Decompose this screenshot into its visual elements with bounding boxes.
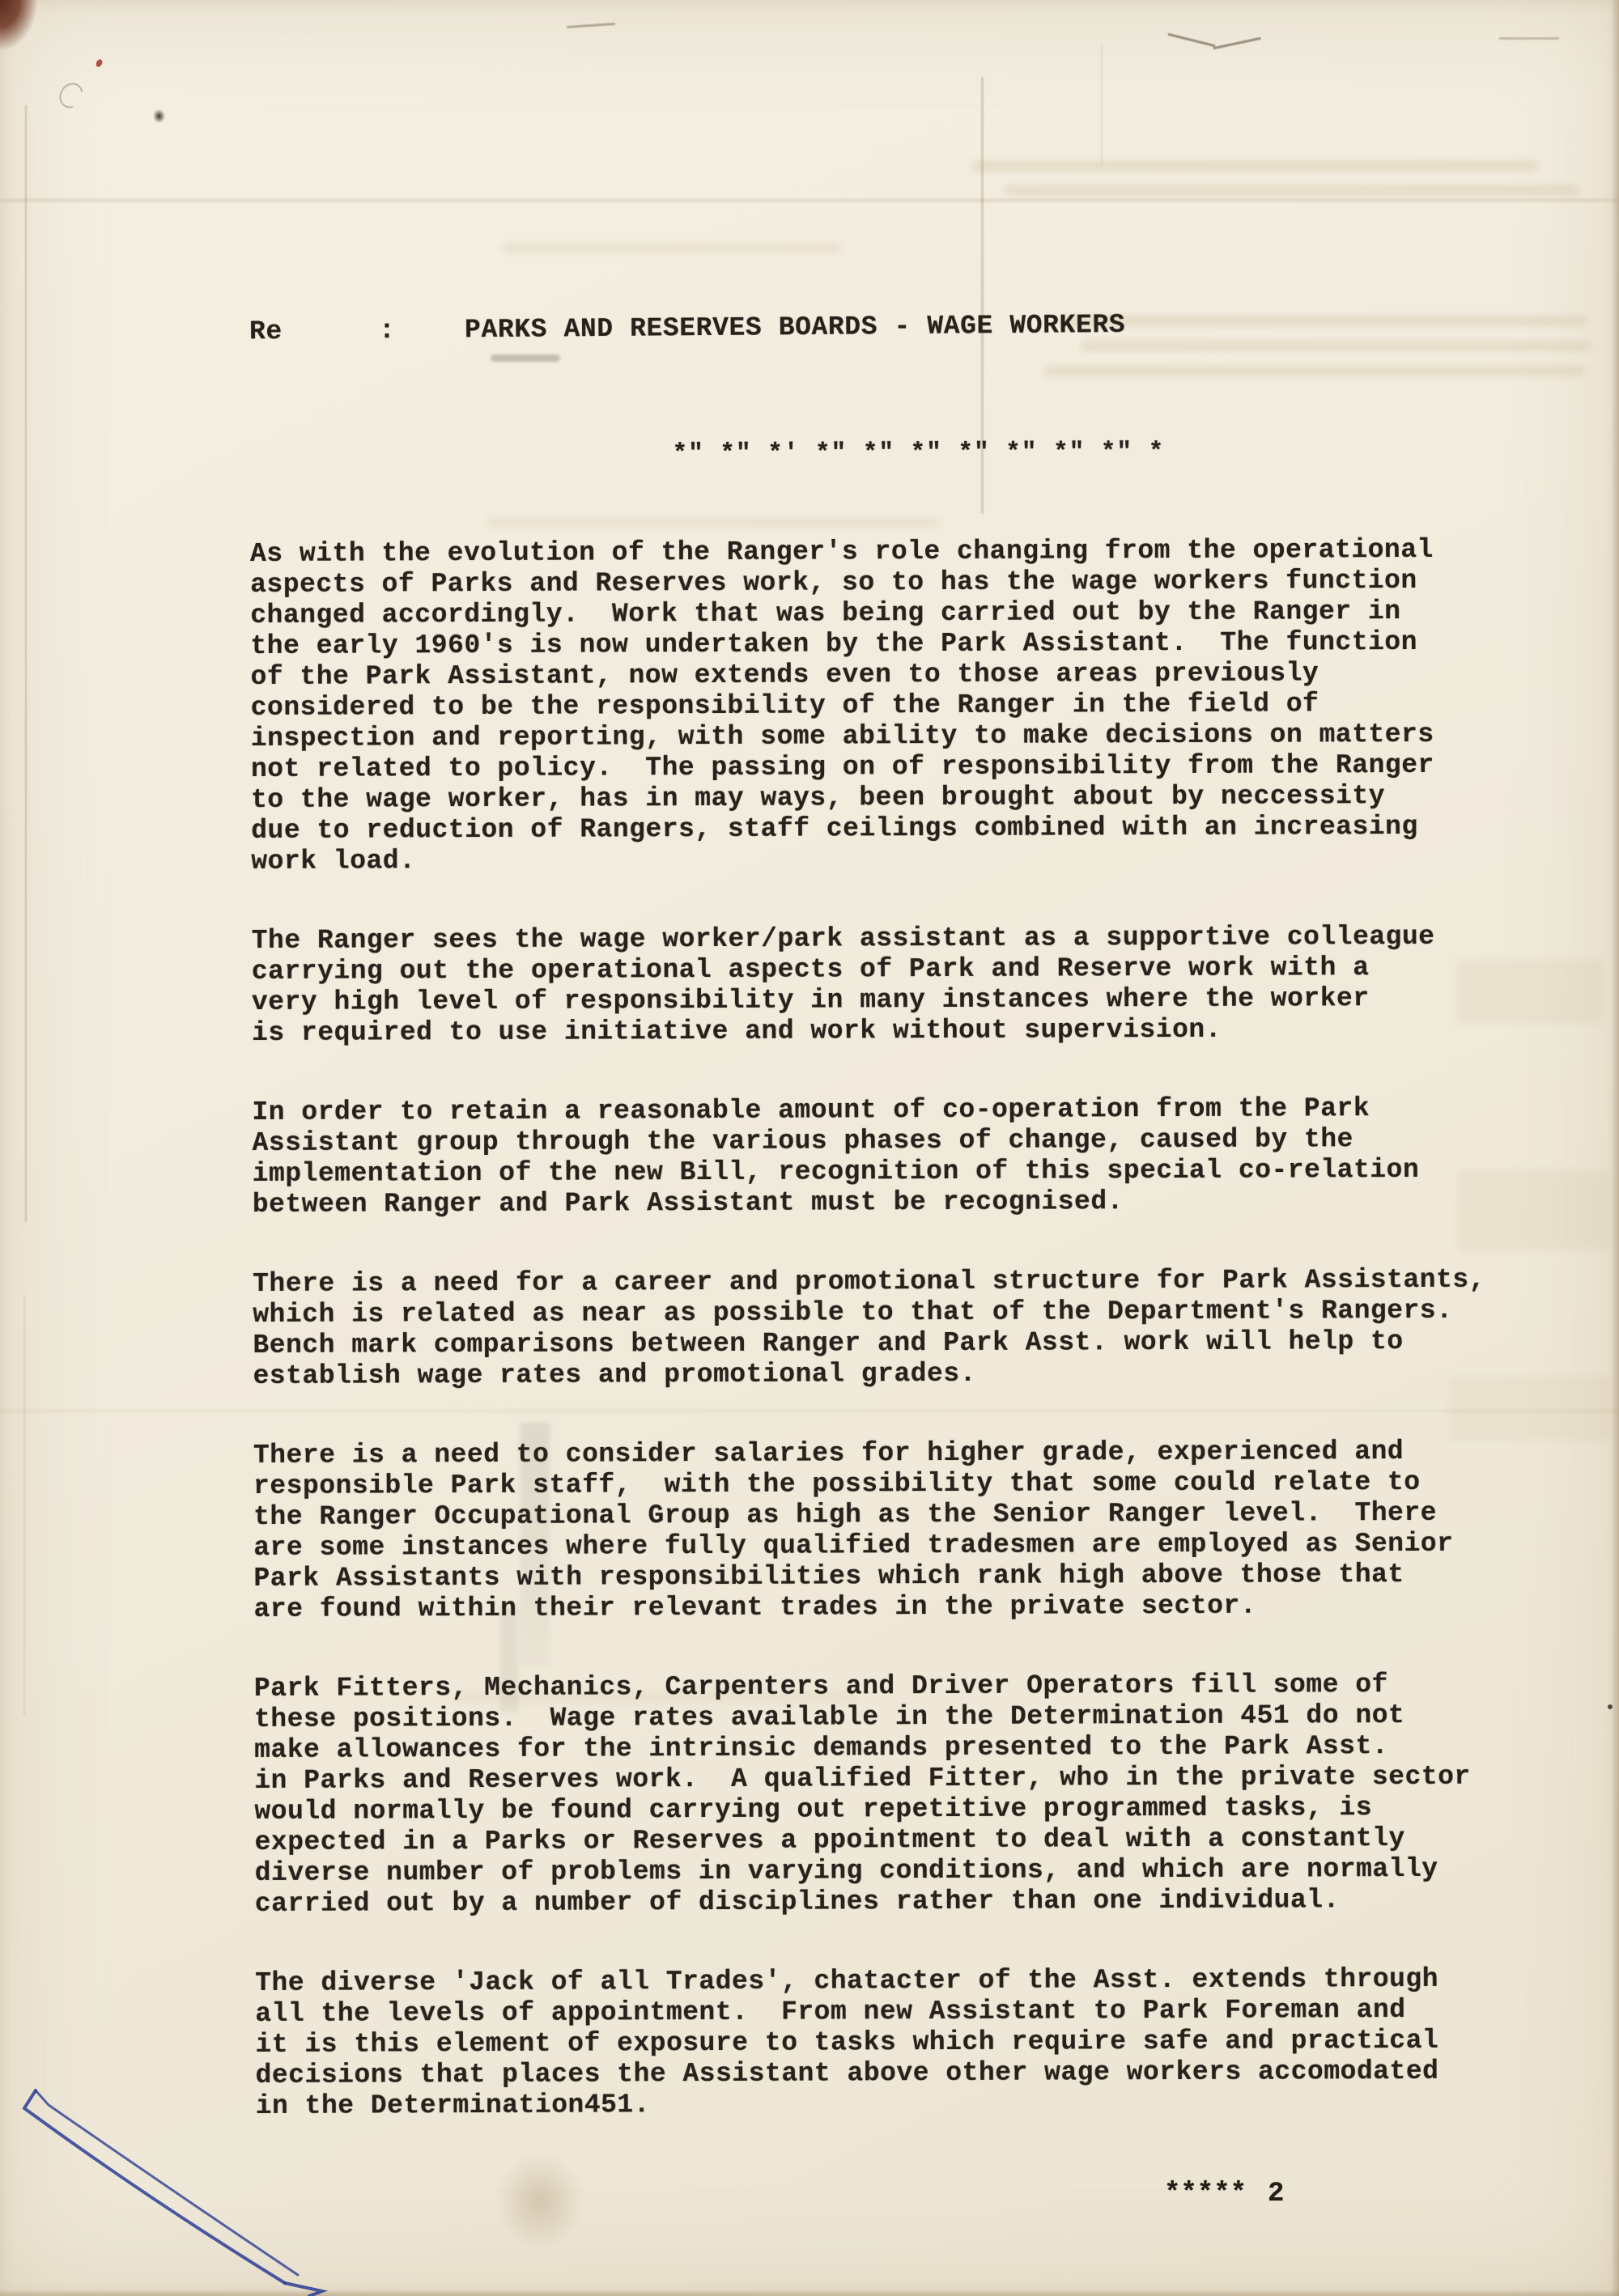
- bleedthrough-ghost: [971, 160, 1538, 172]
- footer-stars: *****: [1164, 2179, 1247, 2209]
- fold-mark-top-right: [1499, 37, 1559, 40]
- paragraph-5: There is a need to consider salaries for…: [253, 1437, 1522, 1625]
- re-label: Re: [249, 316, 283, 347]
- paragraph-7: The diverse 'Jack of all Trades', chatac…: [255, 1964, 1523, 2122]
- ink-blot: [153, 109, 165, 123]
- subject-line: Re : PARKS AND RESERVES BOARDS - WAGE WO…: [249, 307, 1517, 349]
- asterisk-separator: *" *" *' *" *" *" *" *" *" *" *: [673, 436, 1518, 470]
- bleedthrough-ghost: [502, 243, 842, 253]
- paper-curl-mark: [55, 79, 88, 112]
- paper-edge-shadow-right: [1611, 0, 1619, 2296]
- paragraph-3: In order to retain a reasonable amount o…: [252, 1093, 1520, 1220]
- paragraph-2: The Ranger sees the wage worker/park ass…: [252, 922, 1520, 1049]
- bleedthrough-ghost: [1004, 185, 1579, 196]
- paragraph-1: As with the evolution of the Ranger's ro…: [250, 535, 1519, 877]
- paragraph-4: There is a need for a career and promoti…: [253, 1265, 1521, 1392]
- fold-crease-left-lower: [23, 1295, 25, 1716]
- stray-ink-dot: [1608, 1704, 1613, 1709]
- fold-mark-top: [1168, 33, 1216, 47]
- fold-mark-top: [1213, 37, 1260, 49]
- fold-mark-top-center: [567, 23, 615, 28]
- fold-crease-left: [25, 105, 27, 1222]
- re-colon: :: [379, 316, 396, 346]
- blue-pen-mark: [0, 2084, 348, 2296]
- body-paragraphs: As with the evolution of the Ranger's ro…: [250, 535, 1523, 2122]
- red-speck: [95, 58, 104, 68]
- fold-crease-horizontal: [0, 199, 1619, 202]
- fold-crease-minor: [1101, 45, 1103, 166]
- page-title: PARKS AND RESERVES BOARDS - WAGE WORKERS: [465, 310, 1125, 346]
- paragraph-6: Park Fitters, Mechanics, Carpenters and …: [254, 1670, 1523, 1920]
- torn-corner-stain: [0, 0, 37, 50]
- page-number: 2: [1268, 2179, 1284, 2209]
- page-footer: *****2: [1164, 2179, 1284, 2209]
- typed-content: Re : PARKS AND RESERVES BOARDS - WAGE WO…: [249, 310, 1523, 2171]
